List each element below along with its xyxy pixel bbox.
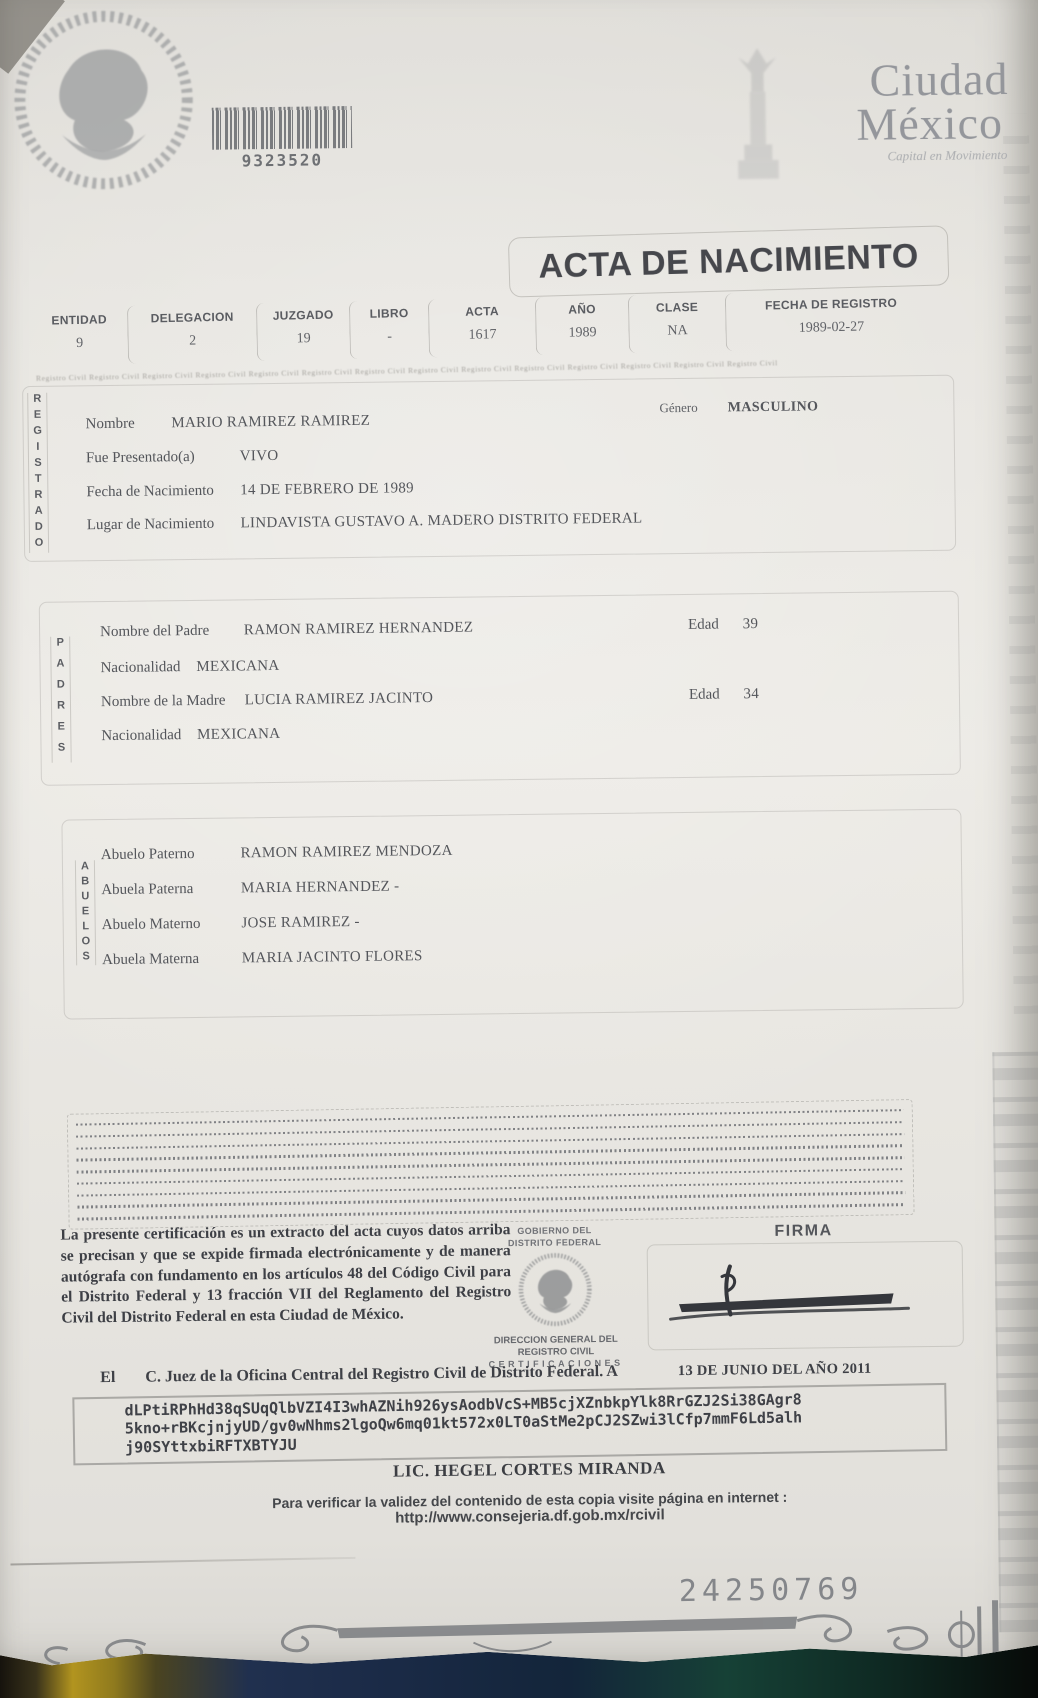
header-cell: DELEGACION 2: [127, 303, 257, 364]
section-side-label: PADRES: [50, 636, 72, 762]
field-value: MARIA JACINTO FLORES: [242, 948, 423, 966]
header-cell: AÑO 1989: [535, 295, 629, 355]
column-value: 9: [32, 335, 128, 353]
column-value: 1617: [429, 326, 535, 344]
field-row: Nombre de la Madre LUCIA RAMIREZ JACINTO…: [101, 684, 921, 711]
digital-signature-box: dLPtiRPhHd38qSUqQlbVZI4I3whAZNih926ysAod…: [72, 1383, 947, 1465]
field-row: Fue Presentado(a) VIVO: [86, 448, 279, 467]
mexico-national-seal-icon: [11, 6, 195, 194]
field-label: Abuelo Materno: [102, 915, 238, 934]
ornate-border-bottom: [27, 1590, 1028, 1674]
field-label: Fue Presentado(a): [86, 448, 236, 467]
field-row: Nombre del Padre RAMON RAMIREZ HERNANDEZ…: [100, 614, 920, 641]
header-cell: JUZGADO 19: [256, 301, 350, 361]
field-value: RAMON RAMIREZ HERNANDEZ: [244, 620, 474, 639]
field-label: Nombre de la Madre: [101, 692, 241, 711]
field-label: Abuela Paterna: [101, 880, 237, 899]
field-row: Abuela Materna MARIA JACINTO FLORES: [102, 948, 423, 969]
judge-line-prefix: El: [100, 1369, 115, 1386]
page-edge-texture: [1003, 114, 1038, 1014]
footer-rule: [10, 1557, 355, 1566]
section-side-label: ABUELOS: [75, 860, 96, 965]
column-value: 1989-02-27: [726, 318, 936, 338]
column-label: ACTA: [429, 303, 535, 319]
field-row: Nombre MARIO RAMIREZ RAMIREZ: [85, 413, 370, 433]
field-label: Nombre: [85, 415, 167, 433]
barcode: [212, 106, 353, 150]
dotted-filler-block: [67, 1099, 915, 1230]
column-label: LIBRO: [350, 306, 428, 322]
registro-civil-seal-icon: [517, 1252, 594, 1329]
age-value: 34: [743, 686, 759, 702]
age-label: Edad: [688, 617, 719, 634]
column-label: CLASE: [629, 299, 725, 315]
brand-line2: México: [763, 100, 1004, 148]
gender-value: MASCULINO: [728, 399, 819, 415]
judge-line: El C. Juez de la Oficina Central del Reg…: [100, 1360, 872, 1387]
field-label: Lugar de Nacimiento: [87, 515, 237, 534]
gender-field: Género MASCULINO: [659, 397, 818, 417]
brand-tagline: Capital en Movimiento: [763, 147, 1007, 166]
seal-text-top2: DISTRITO FEDERAL: [473, 1236, 637, 1250]
handwritten-signature: [664, 1258, 925, 1337]
field-row: Abuelo Materno JOSE RAMIREZ -: [102, 914, 360, 934]
header-cell: ACTA 1617: [428, 297, 536, 357]
field-value: LINDAVISTA GUSTAVO A. MADERO DISTRITO FE…: [240, 510, 642, 531]
field-value: RAMON RAMIREZ MENDOZA: [240, 843, 452, 862]
field-row: Fecha de Nacimiento 14 DE FEBRERO DE 198…: [86, 480, 414, 501]
age-field: Edad 39: [688, 616, 758, 634]
field-row: Nacionalidad MEXICANA: [101, 726, 280, 745]
section-padres: PADRES Nombre del Padre RAMON RAMIREZ HE…: [39, 591, 961, 786]
header-cell: ENTIDAD 9: [31, 306, 128, 366]
ornate-border-right: [992, 1052, 1038, 1633]
photo-background: 9323520 Ciudad México Capital en Movimie…: [0, 0, 1038, 1698]
field-row: Nacionalidad MEXICANA: [100, 658, 279, 677]
header-cell: FECHA DE REGISTRO 1989-02-27: [725, 289, 937, 351]
field-value: 14 DE FEBRERO DE 1989: [240, 480, 414, 498]
section-registrado: REGISTRADO Género MASCULINO Nombre MARIO…: [22, 375, 956, 562]
age-field: Edad 34: [689, 686, 759, 704]
column-label: AÑO: [536, 301, 628, 317]
field-value: MEXICANA: [197, 726, 280, 743]
firma-label: FIRMA: [774, 1222, 832, 1241]
column-value: 2: [128, 332, 256, 351]
field-label: Fecha de Nacimiento: [86, 482, 236, 501]
field-value: MARIA HERNANDEZ -: [241, 878, 400, 896]
age-value: 39: [743, 616, 759, 632]
field-label: Nacionalidad: [100, 659, 192, 677]
section-abuelos: ABUELOS Abuelo Paterno RAMON RAMIREZ MEN…: [61, 809, 963, 1020]
section-side-label: REGISTRADO: [27, 393, 49, 553]
field-row: Abuela Paterna MARIA HERNANDEZ -: [101, 878, 399, 899]
field-value: MARIO RAMIREZ RAMIREZ: [171, 413, 370, 431]
certification-paragraph: La presente certificación es un extracto…: [60, 1220, 511, 1329]
page-title: ACTA DE NACIMIENTO: [538, 237, 919, 287]
column-label: ENTIDAD: [31, 312, 127, 328]
field-row: Lugar de Nacimiento LINDAVISTA GUSTAVO A…: [87, 510, 643, 534]
field-value: LUCIA RAMIREZ JACINTO: [245, 690, 434, 708]
ciudad-mexico-logo: Ciudad México Capital en Movimiento: [762, 58, 1009, 166]
title-frame: ACTA DE NACIMIENTO: [508, 225, 950, 297]
column-label: DELEGACION: [128, 309, 256, 326]
field-value: JOSE RAMIREZ -: [241, 914, 360, 931]
barcode-number: 9323520: [212, 150, 352, 171]
field-label: Nacionalidad: [101, 727, 193, 745]
column-value: -: [350, 329, 428, 347]
field-label: Abuela Materna: [102, 950, 238, 969]
field-value: MEXICANA: [196, 658, 279, 675]
document-content: 9323520 Ciudad México Capital en Movimie…: [0, 0, 1038, 1678]
document-page: 9323520 Ciudad México Capital en Movimie…: [0, 0, 1038, 1672]
judge-line-text: C. Juez de la Oficina Central del Regist…: [145, 1363, 618, 1386]
seal-text-dir1: DIRECCION GENERAL DEL: [474, 1334, 638, 1348]
column-label: JUZGADO: [257, 307, 349, 323]
field-label: Abuelo Paterno: [101, 845, 237, 864]
field-label: Nombre del Padre: [100, 622, 240, 641]
brand-line1: Ciudad: [762, 58, 1008, 103]
header-cell: CLASE NA: [628, 293, 726, 353]
gender-label: Género: [659, 400, 697, 415]
registry-header-table: ENTIDAD 9 DELEGACION 2 JUZGADO 19 LIBRO …: [31, 289, 940, 366]
age-label: Edad: [689, 687, 720, 704]
signature-area: [647, 1241, 964, 1351]
header-cell: LIBRO -: [349, 300, 429, 360]
field-row: Abuelo Paterno RAMON RAMIREZ MENDOZA: [101, 843, 453, 864]
column-label: FECHA DE REGISTRO: [726, 295, 936, 313]
column-value: 1989: [536, 324, 628, 342]
government-seal-block: GOBIERNO DEL DISTRITO FEDERAL DIRECCION …: [472, 1225, 638, 1370]
judge-line-date: 13 DE JUNIO DEL AÑO 2011: [678, 1361, 872, 1379]
verification-note: Para verificar la validez del contenido …: [130, 1487, 930, 1532]
column-value: 19: [257, 330, 349, 348]
field-value: VIVO: [240, 448, 279, 464]
column-value: NA: [629, 322, 725, 340]
